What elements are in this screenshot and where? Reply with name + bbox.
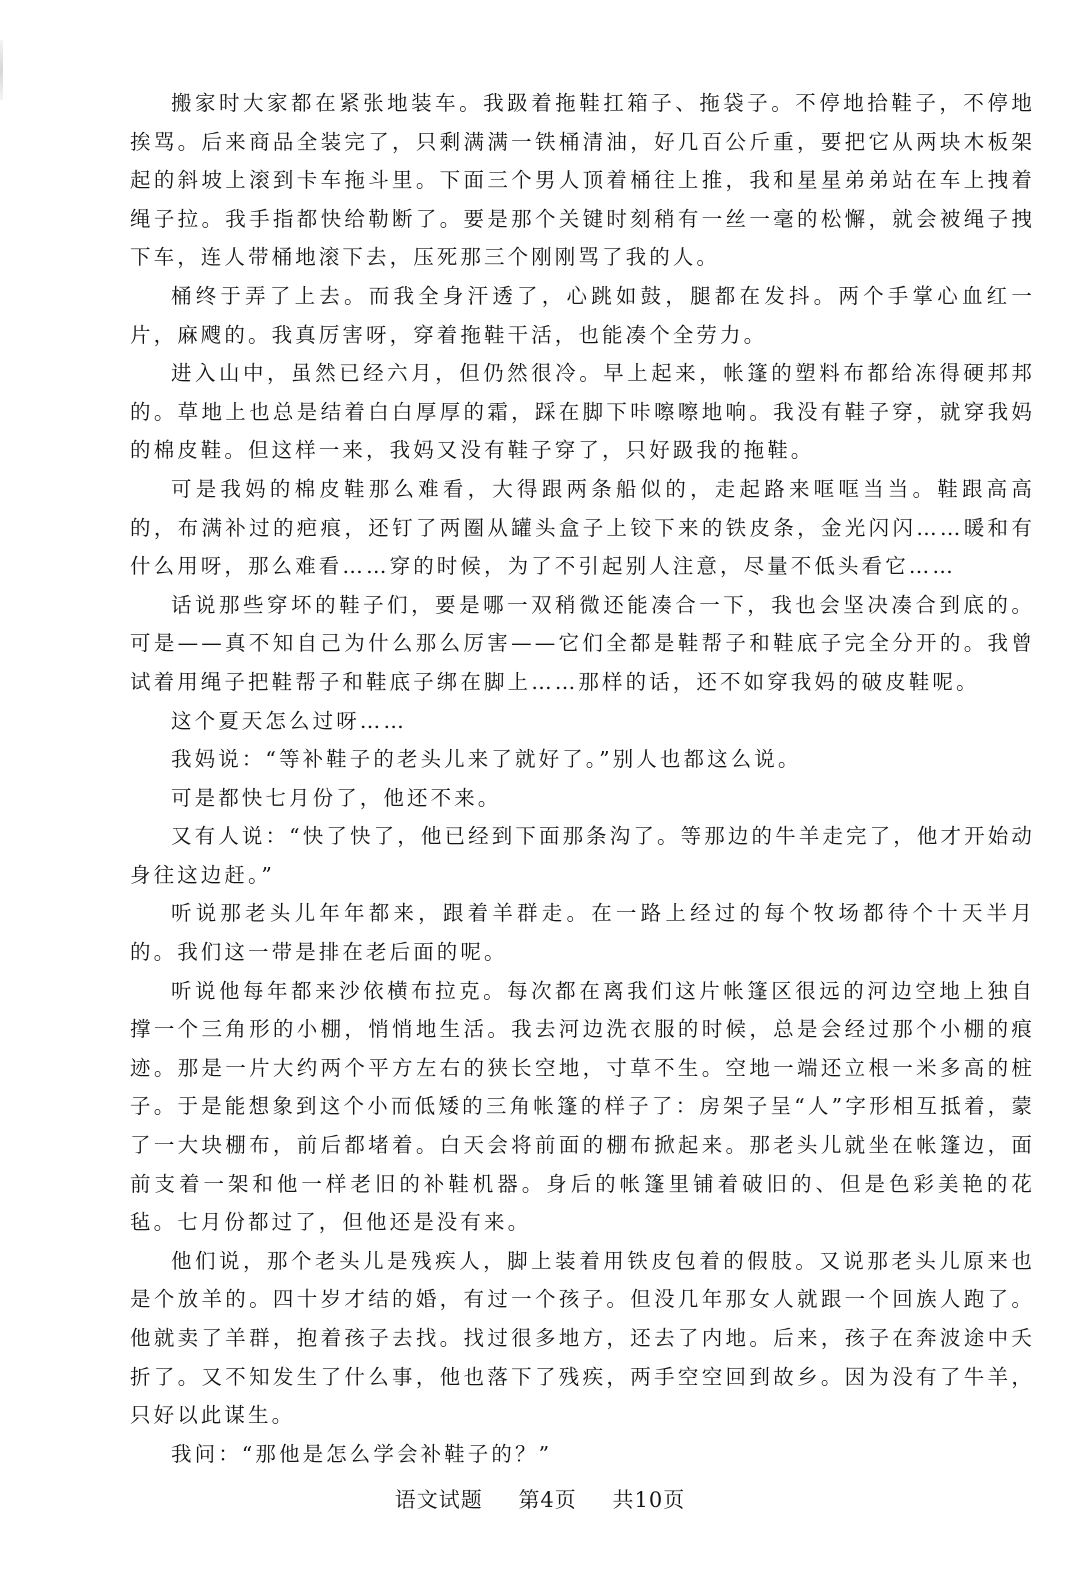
paragraph-into-mountains: 进入山中，虽然已经六月，但仍然很冷。早上起来，帐篷的塑料布都给冻得硬邦邦的。草地… (130, 354, 1035, 470)
paragraph-july: 可是都快七月份了，他还不来。 (130, 779, 1035, 818)
scan-edge-artifact (0, 40, 3, 100)
paragraph-question: 我问：“那他是怎么学会补鞋子的？” (130, 1435, 1035, 1474)
paragraph-tent-site: 听说他每年都来沙依横布拉克。每次都在离我们这片帐篷区很远的河边空地上独自撑一个三… (130, 972, 1035, 1242)
paragraph-old-man-story: 他们说，那个老头儿是残疾人，脚上装着用铁皮包着的假肢。又说那老头儿原来也是个放羊… (130, 1242, 1035, 1435)
paragraph-oil-barrel: 桶终于弄了上去。而我全身汗透了，心跳如鼓，腿都在发抖。两个手掌心血红一片，麻飕的… (130, 277, 1035, 354)
footer-total-pages: 共10页 (613, 1488, 686, 1512)
footer-page-number: 第4页 (518, 1488, 576, 1512)
paragraph-mothers-shoes: 可是我妈的棉皮鞋那么难看，大得跟两条船似的，走起路来哐哐当当。鞋跟高高的，布满补… (130, 470, 1035, 586)
paragraph-follows-sheep: 听说那老头儿年年都来，跟着羊群走。在一路上经过的每个牧场都待个十天半月的。我们这… (130, 894, 1035, 971)
paragraph-broken-shoes: 话说那些穿坏的鞋子们，要是哪一双稍微还能凑合一下，我也会坚决凑合到底的。可是——… (130, 586, 1035, 702)
page-footer: 语文试题 第4页 共10页 (0, 1484, 1080, 1514)
paragraph-summer: 这个夏天怎么过呀…… (130, 702, 1035, 741)
paragraph-moving-day: 搬家时大家都在紧张地装车。我趿着拖鞋扛箱子、拖袋子。不停地拾鞋子，不停地挨骂。后… (130, 84, 1035, 277)
paragraph-mother-says: 我妈说：“等补鞋子的老头儿来了就好了。”别人也都这么说。 (130, 740, 1035, 779)
footer-subject: 语文试题 (395, 1488, 483, 1512)
exam-page-body: 搬家时大家都在紧张地装车。我趿着拖鞋扛箱子、拖袋子。不停地拾鞋子，不停地挨骂。后… (130, 84, 1035, 1473)
paragraph-someone-says: 又有人说：“快了快了，他已经到下面那条沟了。等那边的牛羊走完了，他才开始动身往这… (130, 817, 1035, 894)
